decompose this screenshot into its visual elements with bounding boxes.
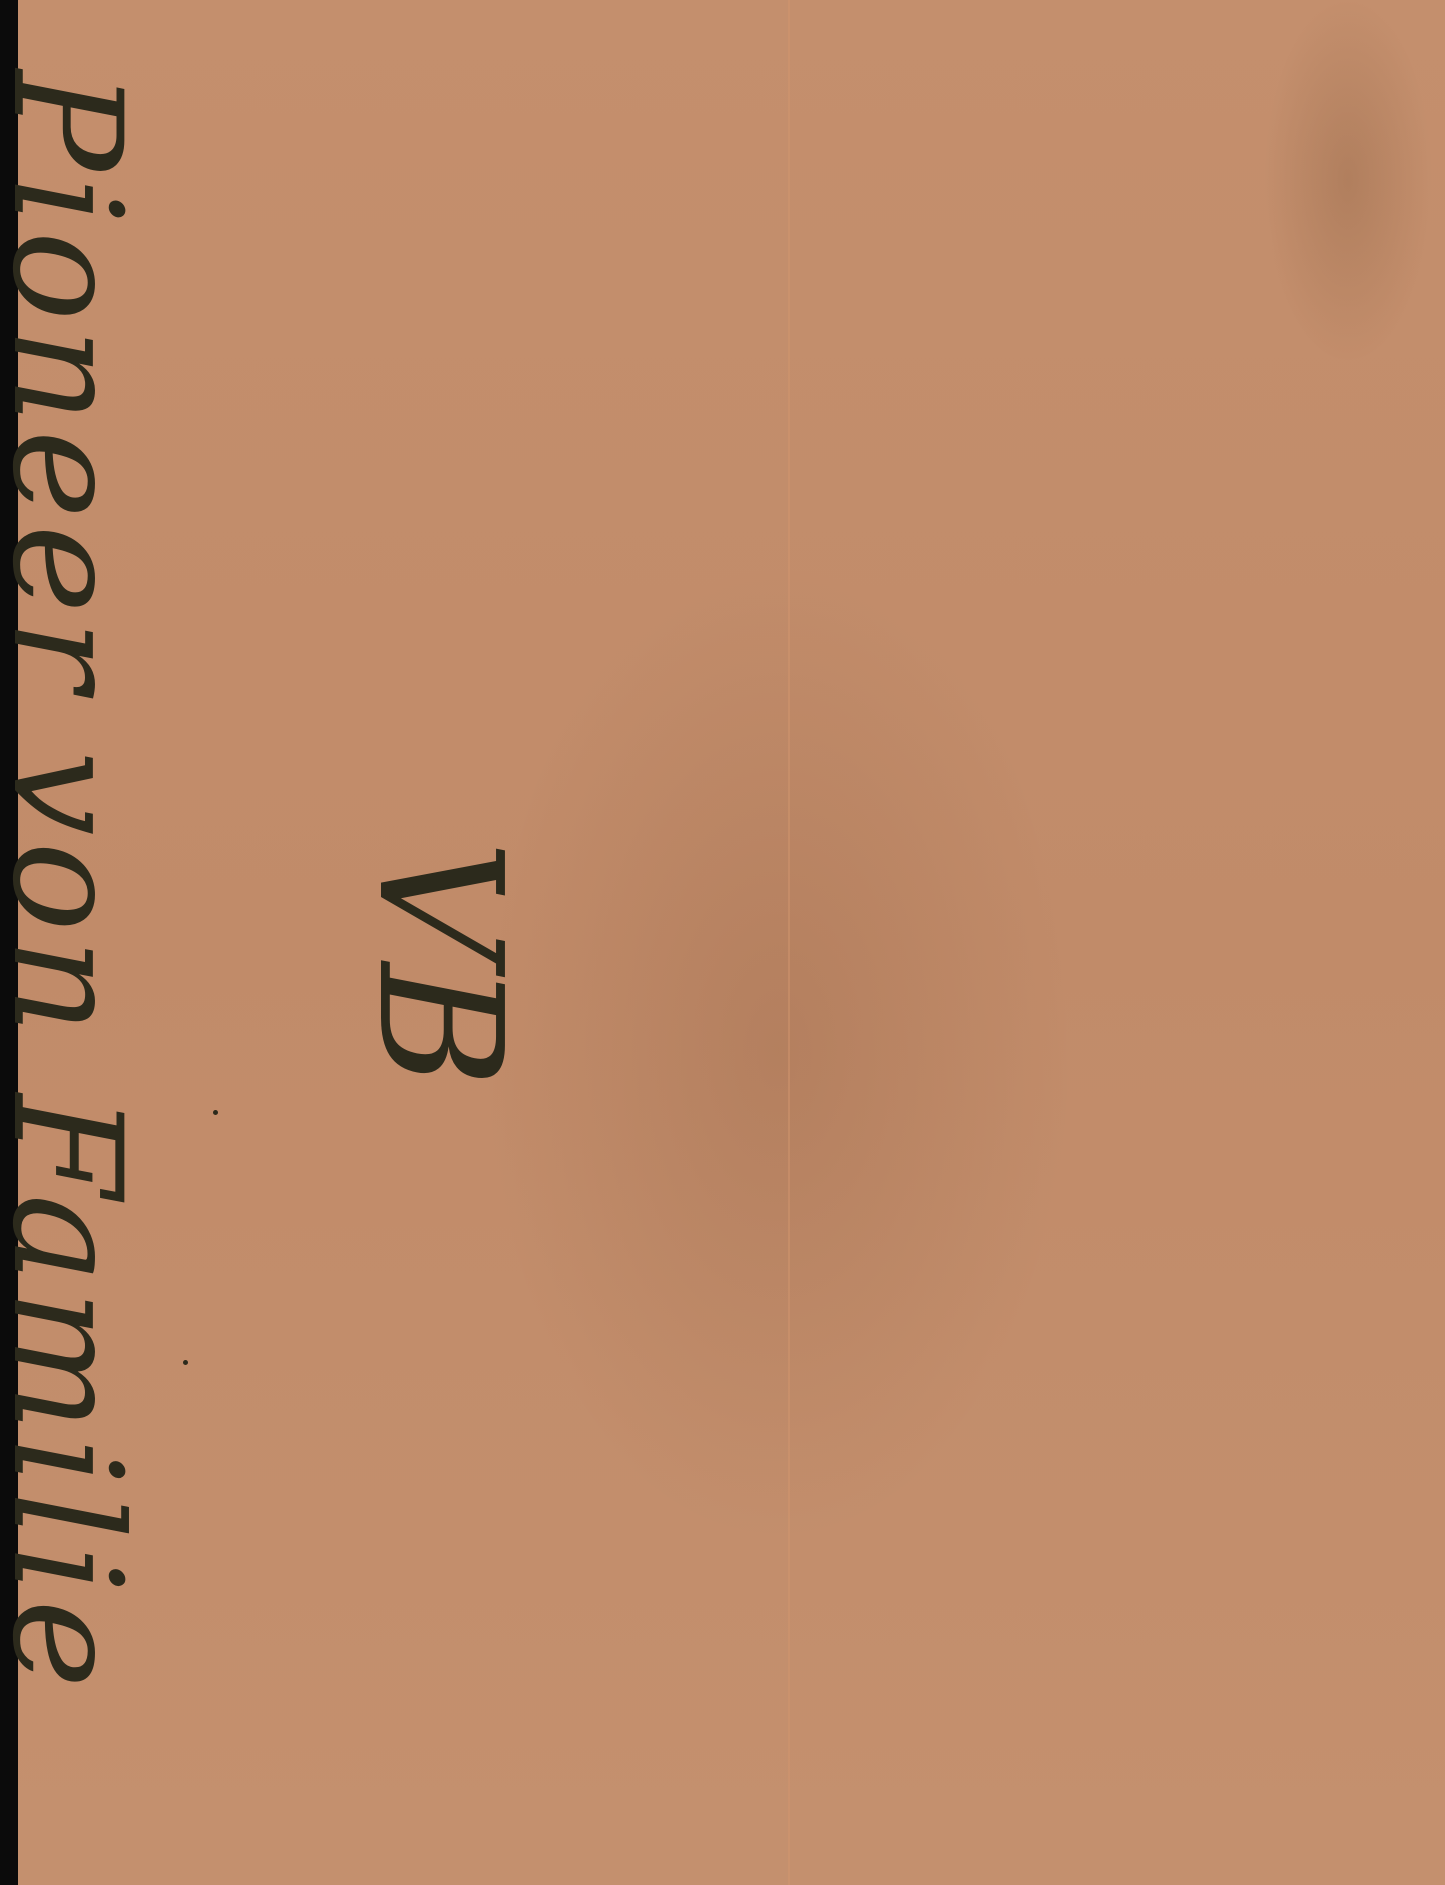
paper-sheet: Pioneer von Familie VB (18, 0, 1445, 1885)
handwritten-inscription: Pioneer von Familie (0, 70, 153, 1694)
ink-dot (183, 1360, 188, 1365)
fold-line (788, 0, 790, 1885)
handwritten-signature: VB (340, 840, 538, 1088)
ink-dot (213, 1110, 218, 1115)
